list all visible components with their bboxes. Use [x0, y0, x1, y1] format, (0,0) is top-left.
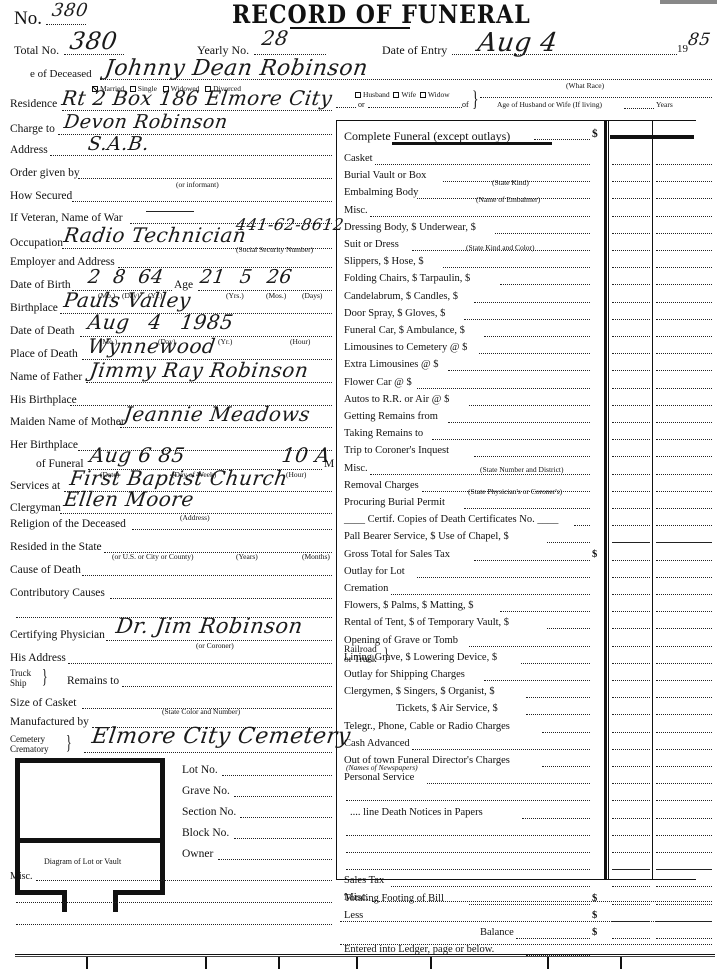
amount-cell[interactable]	[612, 474, 650, 475]
charge-line-label: Cremation	[344, 584, 388, 595]
spouse-or-label: or	[358, 101, 365, 109]
spouse-age-line	[624, 108, 654, 109]
record-number-label: No.	[14, 8, 42, 30]
charge-line-leader	[547, 628, 590, 629]
amount-cell[interactable]	[656, 904, 712, 905]
complete-funeral-line	[534, 139, 590, 140]
contributory-label: Contributory Causes	[10, 588, 105, 600]
suit-hint: (State Kind and Color)	[466, 244, 535, 252]
spouse-wife[interactable]: Wife	[393, 90, 416, 99]
charge-line-label: Misc.	[344, 464, 368, 475]
ssn-value[interactable]: 441-62-8612	[235, 217, 345, 233]
charge-line-leader	[495, 233, 590, 234]
misc-left-line-1	[36, 880, 332, 881]
cemetery-label: Cemetery	[10, 735, 45, 744]
spouse-of-label: of	[462, 101, 469, 109]
charge-line-label: Gross Total for Sales Tax	[344, 550, 450, 561]
charge-line-leader	[432, 439, 590, 440]
amount-cell[interactable]	[612, 164, 650, 165]
amount-cell[interactable]	[656, 611, 712, 612]
dollar-sign: $	[592, 550, 597, 561]
order-given-by-label: Order given by	[10, 168, 80, 180]
dob-label: Date of Birth	[10, 280, 71, 292]
footer-tick	[547, 957, 549, 969]
veteran-value-dash[interactable]	[146, 211, 194, 212]
charge-line-leader	[526, 697, 590, 698]
charge-line-label: Clergymen, $ Singers, $ Organist, $	[344, 687, 495, 698]
amount-cell[interactable]	[656, 869, 712, 870]
charge-line-label: Sales Tax	[344, 876, 384, 887]
footer-tick	[205, 957, 207, 969]
charge-line-leader	[469, 646, 590, 647]
cemetery-line	[84, 752, 332, 753]
amount-cell[interactable]	[612, 491, 650, 492]
amount-cell[interactable]	[612, 353, 650, 354]
amount-cell[interactable]	[612, 370, 650, 371]
amount-cell[interactable]	[612, 886, 650, 887]
misc-right-line-2	[340, 921, 712, 922]
amount-cell[interactable]	[656, 663, 712, 664]
amount-cell[interactable]	[656, 370, 712, 371]
section-no-line	[240, 817, 332, 818]
charge-line-label: Dressing Body, $ Underwear, $	[344, 223, 476, 234]
amount-cell[interactable]	[612, 611, 650, 612]
charge-line-label: Telegr., Phone, Cable or Radio Charges	[344, 722, 510, 733]
charge-line-label: Limousines to Cemetery @ $	[344, 343, 467, 354]
amount-cell[interactable]	[656, 835, 712, 836]
lot-diagram-frame	[15, 758, 165, 838]
services-at-label: Services at	[10, 481, 60, 493]
amount-cell[interactable]	[612, 336, 650, 337]
amount-cell[interactable]	[612, 560, 650, 561]
remains-to-label: Remains to	[67, 676, 119, 688]
charge-line-leader	[469, 904, 590, 905]
cause-label: Cause of Death	[10, 565, 81, 577]
charge-line-blank	[346, 869, 590, 870]
funeral-meridiem: M	[324, 459, 334, 471]
total-no-value[interactable]: 380	[68, 29, 119, 53]
checkbox-icon[interactable]	[355, 92, 361, 98]
amount-cell[interactable]	[656, 474, 712, 475]
amount-cell[interactable]	[612, 646, 650, 647]
burial-vault-hint: (State Kind)	[492, 179, 529, 187]
charge-line-leader	[448, 422, 590, 423]
lot-no-line	[222, 775, 332, 776]
how-secured-label: How Secured	[10, 191, 72, 203]
charge-line-leader	[484, 336, 590, 337]
amount-cell[interactable]	[612, 216, 650, 217]
birthplace-label: Birthplace	[10, 303, 58, 315]
age-value[interactable]: 21 5 26	[199, 268, 294, 287]
age-hint-months: (Mos.)	[266, 292, 286, 300]
amount-cell[interactable]	[656, 284, 712, 285]
amount-cell[interactable]	[656, 181, 712, 182]
charge-line-label: Misc.	[344, 206, 368, 217]
charge-line-leader	[574, 525, 590, 526]
amount-cell[interactable]	[656, 456, 712, 457]
clergyman-label: Clergyman	[10, 503, 61, 515]
manufactured-label: Manufactured by	[10, 717, 89, 729]
amount-cell[interactable]	[612, 577, 650, 578]
occupation-value[interactable]: Radio Technician	[63, 225, 248, 245]
amount-cell[interactable]	[656, 250, 712, 251]
charge-to-label: Charge to	[10, 124, 55, 136]
resided-hint-years: (Years)	[236, 553, 258, 561]
amount-cell[interactable]	[612, 284, 650, 285]
truck-ship-brace: }	[42, 667, 48, 687]
charge-line-label: Extra Limousines @ $	[344, 360, 439, 371]
grave-no-line	[234, 796, 332, 797]
charge-line-label: Personal Service	[344, 773, 414, 784]
amount-cell[interactable]	[612, 938, 650, 939]
amount-cell[interactable]	[656, 388, 712, 389]
amount-cell[interactable]	[656, 800, 712, 801]
age-hint-days: (Days)	[302, 292, 322, 300]
date-of-entry-value[interactable]: Aug 4	[476, 30, 559, 56]
complete-funeral-label: Complete Funeral (except outlays)	[344, 130, 510, 142]
charge-line-leader	[474, 560, 590, 561]
charge-line-label: Cash Advanced	[344, 739, 410, 750]
charge-line-leader	[521, 663, 590, 664]
charge-line-leader	[370, 216, 590, 217]
charge-line-label: Flowers, $ Palms, $ Matting, $	[344, 601, 474, 612]
physician-label: Certifying Physician	[10, 630, 105, 642]
ship-label: Ship	[10, 679, 27, 688]
embalming-hint: (Name of Embalmer)	[476, 196, 540, 204]
spouse-or-line	[336, 107, 356, 108]
amount-cell[interactable]	[612, 439, 650, 440]
lot-vault-diagram	[15, 838, 165, 908]
order-given-by-hint: (or informant)	[176, 181, 219, 189]
dollar-sign: $	[592, 911, 597, 922]
address-label: Address	[10, 145, 48, 157]
amount-cell[interactable]	[656, 646, 712, 647]
resided-hint-months: (Months)	[302, 553, 330, 561]
charge-line-label: Candelabrum, $ Candles, $	[344, 292, 458, 303]
block-no-line	[234, 838, 332, 839]
amount-cell[interactable]	[656, 302, 712, 303]
amount-cell[interactable]	[612, 250, 650, 251]
charge-line-label: Pall Bearer Service, $ Use of Chapel, $	[344, 532, 509, 543]
amount-cell[interactable]	[656, 542, 712, 543]
amount-cell[interactable]	[612, 525, 650, 526]
charge-line-label: Outlay for Shipping Charges	[344, 670, 465, 681]
casket-size-label: Size of Casket	[10, 698, 76, 710]
dod-hint-year: (Yr.)	[218, 338, 232, 346]
year-suffix-value[interactable]: 85	[687, 32, 712, 49]
amount-cell[interactable]	[656, 628, 712, 629]
spouse-husband[interactable]: Husband	[355, 90, 390, 99]
charge-line-leader	[542, 732, 590, 733]
amount-cell[interactable]	[612, 869, 650, 870]
amount-cell[interactable]	[612, 267, 650, 268]
charge-line-leader	[542, 766, 590, 767]
mother-value[interactable]: Jeannie Meadows	[123, 404, 312, 424]
cemetery-value[interactable]: Elmore City Cemetery	[90, 726, 351, 748]
charge-line-leader	[522, 818, 590, 819]
deceased-name-label: e of Deceased	[30, 69, 92, 80]
father-line	[86, 382, 332, 383]
amount-cell[interactable]	[656, 319, 712, 320]
lot-no-label: Lot No.	[182, 765, 218, 777]
dob-value[interactable]: 2 8 64	[87, 268, 165, 287]
charge-line-label: Getting Remains from	[344, 412, 438, 423]
amount-cell[interactable]	[656, 336, 712, 337]
deceased-name-value[interactable]: Johnny Dean Robinson	[103, 58, 369, 80]
amount-header-bar	[610, 135, 694, 139]
funeral-date-value[interactable]: Aug 6 85	[89, 445, 187, 465]
charge-line-leader	[427, 783, 590, 784]
amount-column-divider-1	[606, 120, 609, 880]
place-of-death-label: Place of Death	[10, 349, 78, 361]
charge-line-leader	[464, 508, 590, 509]
spouse-age-unit: Years	[656, 101, 673, 109]
charge-line-leader	[516, 938, 590, 939]
owner-line	[218, 859, 332, 860]
amount-column-divider-2	[652, 120, 653, 880]
charge-line-label: Folding Chairs, $ Tarpaulin, $	[344, 274, 470, 285]
his-address-line	[68, 663, 332, 664]
amount-cell[interactable]	[656, 353, 712, 354]
charge-line-leader	[391, 594, 590, 595]
age-hint-years: (Yrs.)	[226, 292, 244, 300]
amount-cell[interactable]	[612, 542, 650, 543]
amount-cell[interactable]	[656, 508, 712, 509]
charge-line-leader	[391, 886, 590, 887]
father-label: Name of Father	[10, 372, 82, 384]
footer-tick	[430, 957, 432, 969]
charge-line-blank	[346, 835, 590, 836]
resided-label: Resided in the State	[10, 542, 102, 554]
certif-hint: (State Physician's or Coroner's)	[468, 488, 562, 496]
charge-line-label: Burial Vault or Box	[344, 171, 426, 182]
amount-cell[interactable]	[612, 732, 650, 733]
charge-line-label: Autos to R.R. or Air @ $	[344, 395, 449, 406]
amount-cell[interactable]	[612, 818, 650, 819]
amount-cell[interactable]	[656, 818, 712, 819]
amount-cell[interactable]	[612, 835, 650, 836]
resided-hint-place: (or U.S. or City or County)	[112, 553, 193, 561]
grave-no-label: Grave No.	[182, 786, 230, 798]
record-number-value[interactable]: 380	[51, 2, 89, 20]
amount-cell[interactable]	[656, 852, 712, 853]
footer-tick	[278, 957, 280, 969]
religion-label: Religion of the Deceased	[10, 519, 126, 531]
charge-line-blank	[346, 800, 590, 801]
amount-cell[interactable]	[656, 714, 712, 715]
amount-cell[interactable]	[656, 577, 712, 578]
charge-line-label: Balance	[480, 928, 514, 939]
charge-line-leader	[417, 577, 590, 578]
religion-line	[132, 529, 332, 530]
dod-label: Date of Death	[10, 326, 75, 338]
amount-cell[interactable]	[656, 525, 712, 526]
amount-cell[interactable]	[612, 749, 650, 750]
or-truck-label: or Truck	[344, 656, 376, 666]
misc-right-line-1	[372, 901, 712, 902]
charge-line-blank	[346, 852, 590, 853]
permit-hint: (State Number and District)	[480, 466, 564, 474]
charge-line-label: .... line Death Notices in Papers	[350, 808, 483, 819]
charge-line-label: Rental of Tent, $ of Temporary Vault, $	[344, 618, 509, 629]
amount-cell[interactable]	[656, 198, 712, 199]
funeral-hint-hour: (Hour)	[286, 471, 306, 479]
charge-line-leader	[474, 456, 590, 457]
charge-line-leader	[474, 302, 590, 303]
charge-line-label: Door Spray, $ Gloves, $	[344, 309, 445, 320]
amount-cell[interactable]	[612, 508, 650, 509]
complete-funeral-underline	[392, 142, 552, 145]
charge-line-leader	[417, 388, 590, 389]
block-no-label: Block No.	[182, 828, 229, 840]
father-value[interactable]: Jimmy Ray Robinson	[89, 360, 310, 380]
his-birthplace-label: His Birthplace	[10, 395, 77, 407]
amount-cell[interactable]	[612, 766, 650, 767]
order-given-by-line	[78, 178, 332, 179]
yearly-no-value[interactable]: 28	[261, 28, 290, 48]
clergyman-value[interactable]: Ellen Moore	[63, 489, 196, 509]
amount-cell[interactable]	[612, 904, 650, 905]
amount-cell[interactable]	[656, 697, 712, 698]
truck-label: Truck	[10, 669, 31, 678]
place-of-death-value[interactable]: Wynnewood	[87, 336, 217, 356]
charge-line-label: Casket	[344, 154, 373, 165]
charge-line-leader	[443, 267, 590, 268]
checkbox-icon[interactable]	[420, 92, 426, 98]
charge-line-leader	[464, 319, 590, 320]
residence-label: Residence	[10, 99, 57, 111]
amount-cell[interactable]	[656, 233, 712, 234]
misc-right-label: Misc.	[344, 892, 369, 903]
charge-line-label: Procuring Burial Permit	[344, 498, 445, 509]
charges-top-rule	[336, 120, 696, 121]
total-no-label: Total No.	[14, 44, 59, 56]
charge-line-label: Suit or Dress	[344, 240, 399, 251]
amount-cell[interactable]	[612, 456, 650, 457]
amount-cell[interactable]	[656, 267, 712, 268]
amount-cell[interactable]	[612, 852, 650, 853]
spouse-brace: }	[472, 88, 478, 110]
amount-cell[interactable]	[612, 233, 650, 234]
railroad-brace: }	[384, 645, 389, 663]
amount-cell[interactable]	[656, 766, 712, 767]
amount-cell[interactable]	[656, 938, 712, 939]
charge-line-label: Embalming Body	[344, 188, 418, 199]
occupation-label: Occupation	[10, 238, 63, 250]
amount-cell[interactable]	[612, 697, 650, 698]
misc-left-label: Misc.	[10, 872, 33, 882]
charge-line-label: ____ Certif. Copies of Death Certificate…	[344, 515, 558, 526]
charges-bottom-rule	[606, 879, 696, 880]
amount-cell[interactable]	[612, 680, 650, 681]
mother-line	[120, 427, 332, 428]
amount-cell[interactable]	[612, 800, 650, 801]
charge-line-label: Less	[344, 911, 363, 922]
charge-line-leader	[484, 680, 590, 681]
misc-left-line-3	[16, 924, 332, 925]
section-no-label: Section No.	[182, 807, 236, 819]
spouse-widow[interactable]: Widow	[420, 90, 450, 99]
how-secured-line	[72, 201, 332, 202]
title-underline	[290, 27, 410, 29]
charge-line-label: Outlay for Lot	[344, 567, 405, 578]
amount-cell[interactable]	[656, 164, 712, 165]
amount-cell[interactable]	[656, 216, 712, 217]
misc-right-line-3	[340, 944, 712, 945]
amount-cell[interactable]	[656, 405, 712, 406]
amount-cell[interactable]	[612, 181, 650, 182]
yearly-no-line	[254, 54, 326, 55]
spouse-name-line	[368, 107, 462, 108]
charge-line-label: Trip to Coroner's Inquest	[344, 446, 449, 457]
address-line	[50, 155, 332, 156]
amount-cell[interactable]	[656, 594, 712, 595]
amount-cell[interactable]	[612, 594, 650, 595]
her-birthplace-label: Her Birthplace	[10, 440, 78, 452]
services-at-value[interactable]: First Baptist Church	[69, 468, 290, 488]
casket-hint: (State Color and Number)	[162, 708, 240, 716]
ssn-hint: (Social Security Number)	[236, 246, 313, 254]
remains-to-line	[122, 686, 332, 687]
charge-line-leader	[469, 405, 590, 406]
amount-cell[interactable]	[612, 663, 650, 664]
amount-cell[interactable]	[656, 491, 712, 492]
amount-cell[interactable]	[612, 422, 650, 423]
physician-value[interactable]: Dr. Jim Robinson	[115, 616, 305, 637]
clergyman-hint: (Address)	[180, 514, 210, 522]
physician-hint: (or Coroner)	[196, 642, 234, 650]
charge-to-value[interactable]: Devon Robinson	[63, 113, 229, 132]
amount-cell[interactable]	[612, 198, 650, 199]
amount-cell[interactable]	[612, 783, 650, 784]
footer-tick	[620, 957, 622, 969]
footer-tick	[86, 957, 88, 969]
charge-line-leader	[500, 611, 590, 612]
residence-value[interactable]: Rt 2 Box 186 Elmore City	[61, 88, 334, 108]
amount-cell[interactable]	[656, 680, 712, 681]
amount-cell[interactable]	[656, 783, 712, 784]
amount-cell[interactable]	[656, 749, 712, 750]
charge-line-label: Slippers, $ Hose, $	[344, 257, 424, 268]
charge-line-leader	[375, 164, 590, 165]
amount-cell[interactable]	[656, 422, 712, 423]
address-value[interactable]: S.A.B.	[87, 135, 151, 154]
birthplace-value[interactable]: Pauls Valley	[63, 290, 193, 310]
amount-cell[interactable]	[612, 302, 650, 303]
amount-cell[interactable]	[612, 405, 650, 406]
charge-line-leader	[500, 284, 590, 285]
dod-value[interactable]: Aug 4 1985	[87, 312, 235, 332]
contributory-line	[110, 598, 332, 599]
checkbox-icon[interactable]	[393, 92, 399, 98]
amount-cell[interactable]	[612, 714, 650, 715]
amount-cell[interactable]	[612, 628, 650, 629]
amount-cell[interactable]	[656, 439, 712, 440]
date-of-entry-label: Date of Entry	[382, 44, 447, 56]
charge-line-label: Tickets, $ Air Service, $	[396, 704, 498, 715]
diagram-caption: Diagram of Lot or Vault	[44, 858, 121, 866]
spouse-age-label: Age of Husband or Wife (If living)	[497, 101, 602, 109]
dollar-sign: $	[592, 894, 597, 905]
charge-line-leader	[526, 714, 590, 715]
amount-cell[interactable]	[612, 319, 650, 320]
amount-cell[interactable]	[656, 886, 712, 887]
amount-cell[interactable]	[612, 388, 650, 389]
amount-cell[interactable]	[656, 560, 712, 561]
amount-cell[interactable]	[656, 732, 712, 733]
spouse-type-group: Husband Wife Widow	[355, 90, 450, 99]
charge-line-leader	[547, 542, 590, 543]
